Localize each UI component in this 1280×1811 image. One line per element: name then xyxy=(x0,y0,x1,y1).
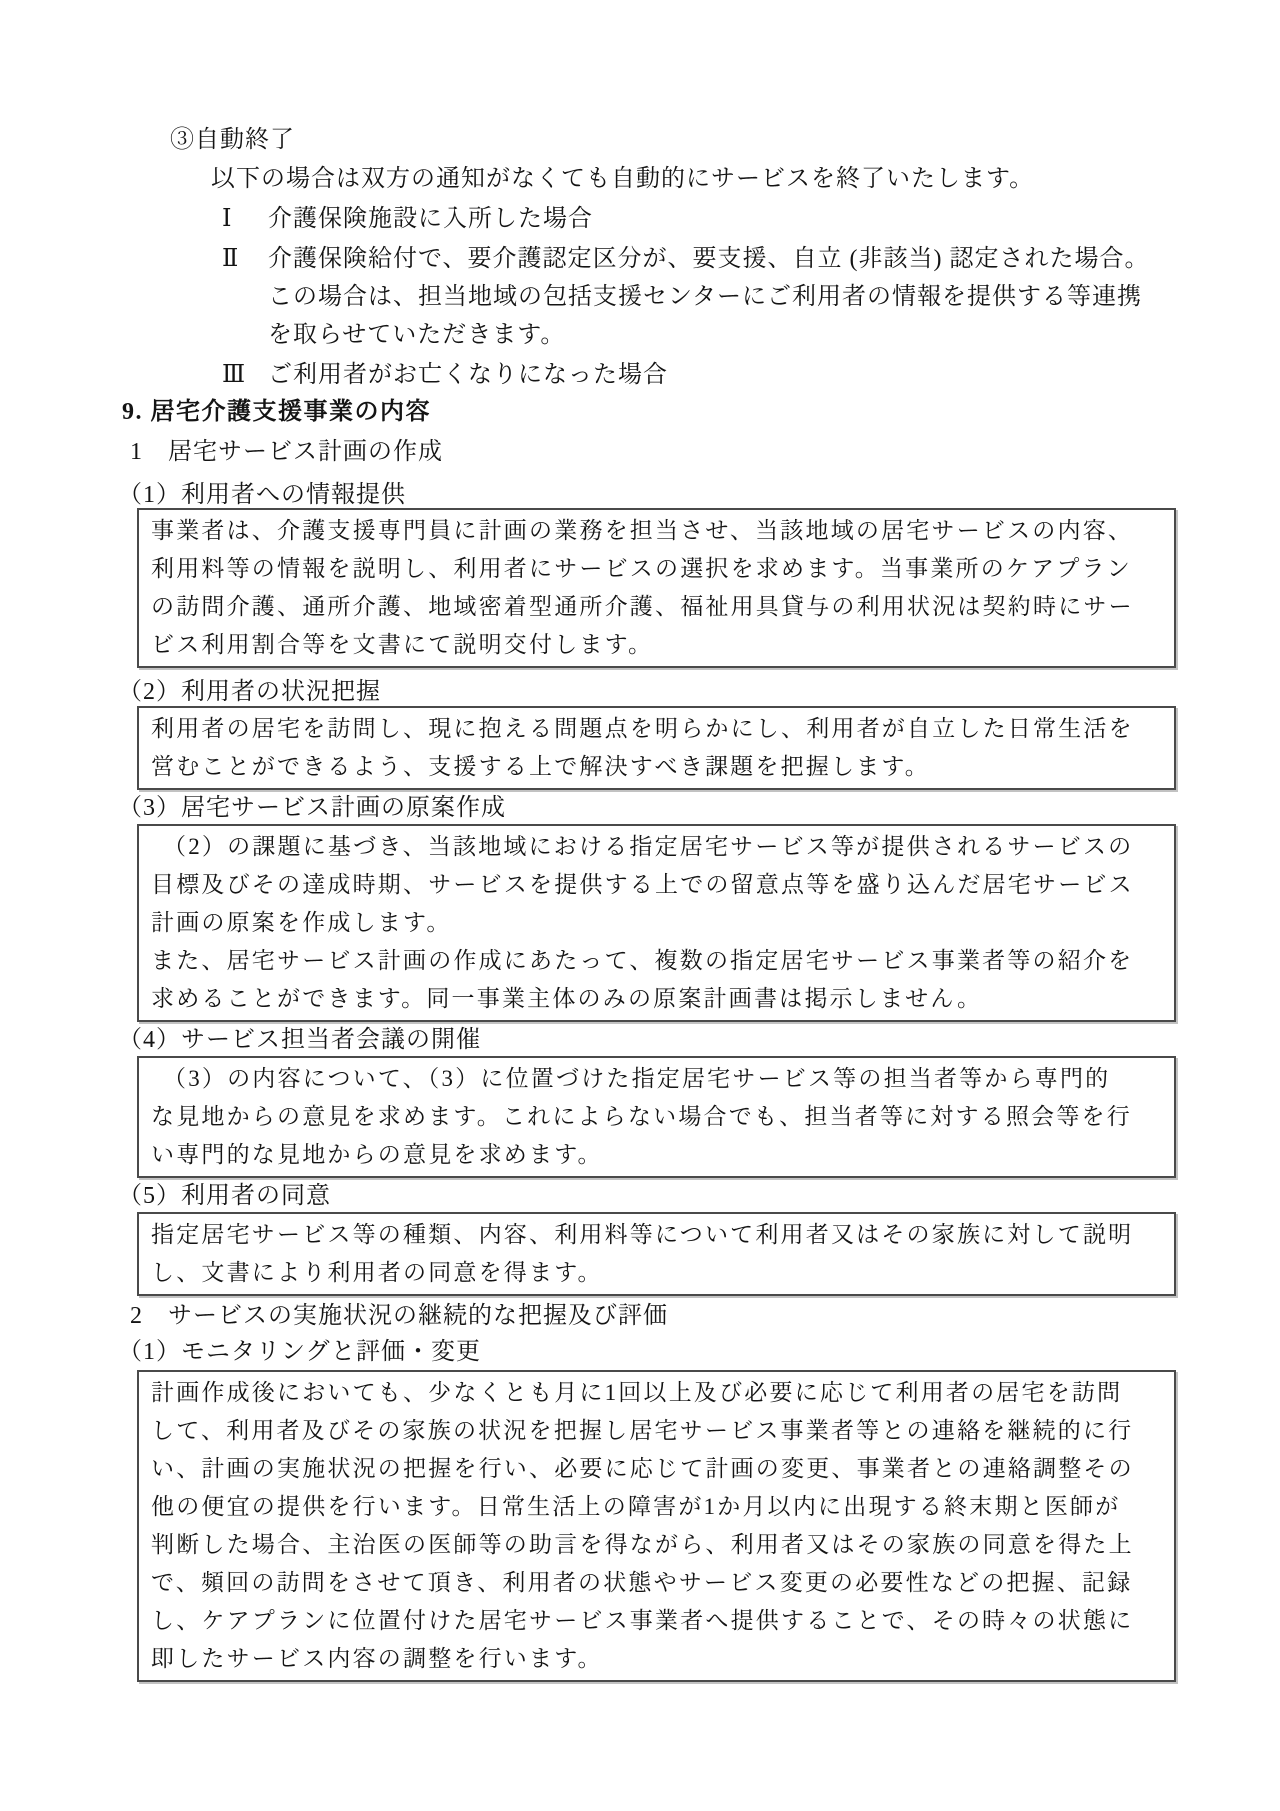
box-line: 利用料等の情報を説明し、利用者にサービスの選択を求めます。当事業所のケアプラン xyxy=(151,550,1162,588)
item-5-label: （5）利用者の同意 xyxy=(118,1176,331,1216)
item-4-label: （4）サービス担当者会議の開催 xyxy=(118,1020,481,1060)
box-line: ビス利用割合等を文書にて説明交付します。 xyxy=(151,626,1162,664)
termination-item-text: 介護保険給付で、要介護認定区分が、要支援、自立 (非該当) 認定された場合。 xyxy=(268,246,1150,272)
roman-numeral-2: Ⅱ xyxy=(222,239,268,279)
auto-termination-heading: ③自動終了 xyxy=(170,120,295,160)
item-1-textbox: 事業者は、介護支援専門員に計画の業務を担当させ、当該地域の居宅サービスの内容、 … xyxy=(137,508,1176,668)
box-line: また、居宅サービス計画の作成にあたって、複数の指定居宅サービス事業者等の紹介を xyxy=(151,942,1162,980)
termination-item-continuation: を取らせていただきます。 xyxy=(268,315,565,355)
document-page: ③自動終了 以下の場合は双方の通知がなくても自動的にサービスを終了いたします。 … xyxy=(0,0,1280,1811)
item-3-label: （3）居宅サービス計画の原案作成 xyxy=(118,788,506,828)
section-9-heading: 9. 居宅介護支援事業の内容 xyxy=(122,392,431,432)
box-line: 計画作成後においても、少なくとも月に1回以上及び必要に応じて利用者の居宅を訪問 xyxy=(151,1374,1162,1412)
box-line: い専門的な見地からの意見を求めます。 xyxy=(151,1136,1162,1174)
termination-item: Ⅰ介護保険施設に入所した場合 xyxy=(222,199,593,239)
box-line: 指定居宅サービス等の種類、内容、利用料等について利用者又はその家族に対して説明 xyxy=(151,1216,1162,1254)
box-line: 計画の原案を作成します。 xyxy=(151,904,1162,942)
box-line: （3）の内容について、（3）に位置づけた指定居宅サービス等の担当者等から専門的 xyxy=(151,1060,1162,1098)
box-line: 他の便宜の提供を行います。日常生活上の障害が1か月以内に出現する終末期と医師が xyxy=(151,1488,1162,1526)
roman-numeral-1: Ⅰ xyxy=(222,199,268,239)
box-line: して、利用者及びその家族の状況を把握し居宅サービス事業者等との連絡を継続的に行 xyxy=(151,1412,1162,1450)
box-line: 目標及びその達成時期、サービスを提供する上での留意点等を盛り込んだ居宅サービス xyxy=(151,866,1162,904)
box-line: の訪問介護、通所介護、地域密着型通所介護、福祉用具貸与の利用状況は契約時にサー xyxy=(151,588,1162,626)
termination-item-text: ご利用者がお亡くなりになった場合 xyxy=(268,362,668,388)
box-line: で、頻回の訪問をさせて頂き、利用者の状態やサービス変更の必要性などの把握、記録 xyxy=(151,1564,1162,1602)
box-line: い、計画の実施状況の把握を行い、必要に応じて計画の変更、事業者との連絡調整その xyxy=(151,1450,1162,1488)
item-4-textbox: （3）の内容について、（3）に位置づけた指定居宅サービス等の担当者等から専門的 … xyxy=(137,1056,1176,1178)
auto-termination-intro: 以下の場合は双方の通知がなくても自動的にサービスを終了いたします。 xyxy=(211,159,1034,199)
termination-item: Ⅱ介護保険給付で、要介護認定区分が、要支援、自立 (非該当) 認定された場合。 xyxy=(222,239,1150,279)
box-line: 事業者は、介護支援専門員に計画の業務を担当させ、当該地域の居宅サービスの内容、 xyxy=(151,512,1162,550)
subsection-2-heading: 2 サービスの実施状況の継続的な把握及び評価 xyxy=(130,1296,668,1336)
monitoring-textbox: 計画作成後においても、少なくとも月に1回以上及び必要に応じて利用者の居宅を訪問 … xyxy=(137,1370,1176,1682)
item-3-textbox: （2）の課題に基づき、当該地域における指定居宅サービス等が提供されるサービスの … xyxy=(137,824,1176,1022)
box-line: し、文書により利用者の同意を得ます。 xyxy=(151,1254,1162,1292)
box-line: 判断した場合、主治医の医師等の助言を得ながら、利用者又はその家族の同意を得た上 xyxy=(151,1526,1162,1564)
box-line: な見地からの意見を求めます。これによらない場合でも、担当者等に対する照会等を行 xyxy=(151,1098,1162,1136)
termination-item-text: 介護保険施設に入所した場合 xyxy=(268,206,593,232)
roman-numeral-3: Ⅲ xyxy=(222,355,268,395)
termination-item-continuation: この場合は、担当地域の包括支援センターにご利用者の情報を提供する等連携 xyxy=(268,277,1142,317)
box-line: 即したサービス内容の調整を行います。 xyxy=(151,1640,1162,1678)
box-line: （2）の課題に基づき、当該地域における指定居宅サービス等が提供されるサービスの xyxy=(151,828,1162,866)
item-5-textbox: 指定居宅サービス等の種類、内容、利用料等について利用者又はその家族に対して説明 … xyxy=(137,1212,1176,1296)
monitoring-label: （1）モニタリングと評価・変更 xyxy=(118,1332,481,1372)
box-line: 求めることができます。同一事業主体のみの原案計画書は掲示しません。 xyxy=(151,980,1162,1018)
box-line: 営むことができるよう、支援する上で解決すべき課題を把握します。 xyxy=(151,748,1162,786)
box-line: 利用者の居宅を訪問し、現に抱える問題点を明らかにし、利用者が自立した日常生活を xyxy=(151,710,1162,748)
item-2-textbox: 利用者の居宅を訪問し、現に抱える問題点を明らかにし、利用者が自立した日常生活を … xyxy=(137,706,1176,790)
box-line: し、ケアプランに位置付けた居宅サービス事業者へ提供することで、その時々の状態に xyxy=(151,1602,1162,1640)
subsection-1-heading: 1 居宅サービス計画の作成 xyxy=(130,432,443,472)
termination-item: Ⅲご利用者がお亡くなりになった場合 xyxy=(222,355,668,395)
